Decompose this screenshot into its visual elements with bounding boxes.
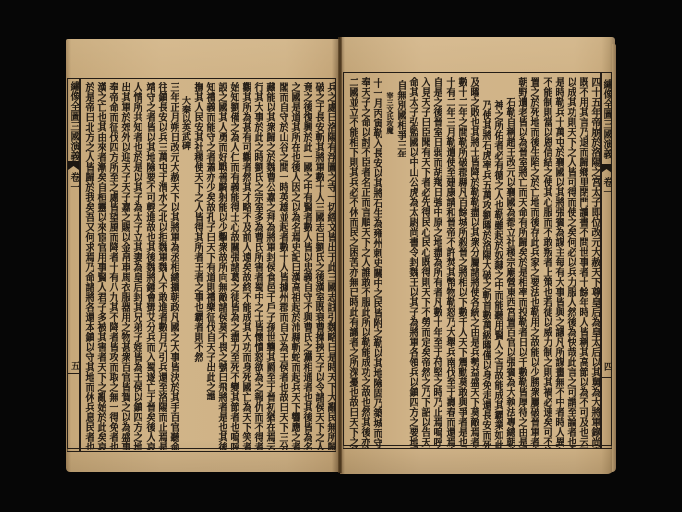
left-page: 繡像全圖三國演義 卷一 五 兵之處曰洛陽有浮圖之寺一切經文皆出于此三國志註引魏略… (66, 39, 340, 472)
text-column: 十一月丙寅勒入長安以其將石生為雍州刺史關中之民皆附之勒以其地險固乃築城而守之 (370, 78, 382, 448)
left-margin-title: 繡像全圖三國演義 (68, 81, 79, 161)
left-margin-strip-divider (79, 78, 81, 452)
text-column: 破之于長安斬其將軍數十人三國志曰劉氏之後漢室既衰曹操挾天子以令諸侯天下之人皆 (312, 82, 324, 450)
text-column: 觀其所為甚有可觀者然其才略不及前人遠矣故終不能成其大功而身死國亡為天下笑者也 (239, 82, 251, 450)
book-spine-crease (338, 37, 342, 473)
text-column: 出其軍於郊外以迎天子天子嘉之賜以金帛車馬衣服器用之物甚衆百官皆賀之以為盛事也 (118, 82, 130, 450)
text-column: 藏能以其衆歸之於魏曹公嘉之拜為將軍封侯食邑千戶子孫世襲其爵至于晉初猶在焉云 (263, 82, 275, 450)
section-heading-column: 宰三文氏攻魔 (383, 92, 395, 137)
text-column: 入見天子曰臣聞有天下者必先得民心民心既得則天下不勞而定矣帝然之乃下詔以告天下 (418, 77, 430, 448)
text-column: 於是帝曰北方之人皆歸於我矣吾又何求焉乃命諸將各還本鎮以守其地而休兵息民者也云 (82, 82, 94, 450)
right-volume-label: 卷一 (601, 177, 612, 201)
text-column: 奉天子之命以討不臣者名正而言順天下之人誰敢不服此所以勒能成功之故也然其後亦敗 (358, 77, 370, 448)
text-column: 四十五年帝崩於洛陽之宮太子即位改元大赦天下尊皇后為皇太后以其舅為大將軍錄尚書事 (588, 77, 600, 448)
text-column: 乃使其將石虎率兵五萬攻劉曜於洛陽大破之斬首數萬級曜僅以身免走還長安而死 (479, 100, 491, 448)
text-column: 設之國其人勇而好戰善騎射能以少擊衆故所向無敵諸侯莫不畏之號曰飛將者是也其後亦 (215, 82, 227, 450)
text-column: 及曜之敗也其將士皆降於勒勒盡以其衆分屬諸將使各統之由是兵勢益盛天下莫敵焉者也 (467, 77, 479, 448)
right-margin-title: 繡像全圖三國演義 (601, 79, 612, 163)
text-column: 奉帝命而征伐四方所至之處皆望風而降者十有八九其不降者皆攻而取之無一得免者也云 (106, 82, 118, 450)
text-column: 以成其功則天下之人皆可得而使之矣何必以兵力服人然後為快哉此言之可謂至論者也矣 (564, 77, 576, 448)
text-column: 知禮義而能守之者蓋亦少矣故孔子曰天下有道則禮樂征伐自天子出此之謂也 (203, 82, 215, 400)
text-column: 三年正月朔日改元大赦天下以其將軍為丞相總攝朝政凡國之大事皆決於其手百官聽命焉 (167, 82, 179, 450)
left-folio-rule (68, 373, 79, 374)
open-book: 繡像全圖三國演義 卷一 五 兵之處曰洛陽有浮圖之寺一切經文皆出于此三國志註引魏略… (0, 0, 682, 512)
text-column: 命其太子弘監國以中山公虎為太尉尚書令封魏王以其子為將軍各領兵以鎮四方之要地焉 (406, 77, 418, 448)
text-column: 撫其人民安其社稷使天下之人皆得其所者王者之事也霸者則不然 (191, 82, 203, 367)
right-page: 繡像全圖三國演義 卷一 四 四十五年帝崩於洛陽之宮太子即位改元大赦天下尊皇后為皇… (340, 37, 615, 474)
text-column: 靖守之者皆以其地險要不可輕進故也其後魏將鍾會鄧艾分兵而入蜀遂亡于晉矣後人哀之 (143, 82, 155, 450)
text-column: 神之所佑者必有德之人也勒雖起於奴隸之中而能聽用賢人之言故能成其霸業如此 (491, 100, 503, 448)
left-folio-number: 五 (68, 361, 79, 373)
text-column: 自是之後晉室日弱而胡羯日強中原之地盡為所有者凡數十年至于苻堅之時乃止焉嗚呼哀哉 (430, 77, 442, 448)
text-column: 數十二年之間勒所破郡縣凡百餘城所殺晉之將相以下數千人天下震動莫敢與爭者是也云 (455, 77, 467, 448)
right-folio-number: 四 (601, 362, 612, 374)
right-folio-rule (601, 377, 612, 378)
text-column: 二國並立不能相下則其兵必不休而民之困苦亦無已時此有識者之所深憂也故曰天下之勢 (346, 77, 358, 448)
text-column: 置之於死地而後生陷之於亡地而後存此兵家之要法也勒用之故能以少勝衆屢破晉軍者也 (527, 77, 539, 448)
text-column: 之國是道其所在也後人因之以為名焉史記曰漢高祖起於沛縣斬蛇而起兵天下響應之者也 (288, 82, 300, 450)
text-column: 既不用其言乃退而歸鄉里閉門讀書不問世事者十餘年時人皆稱其高節以為不可及也云爾 (576, 77, 588, 448)
text-column: 行其大事於此之時劉氏之宗室多為曹氏所害者蜀中之士皆懷憤怒欲為之報仇而不得者也 (251, 82, 263, 450)
text-column: 十有二年三月勒遣使至建康請和晉帝不許焚其幣物勒怒乃大舉兵南伐至于壽春而還焉也 (443, 77, 455, 448)
text-column: 閣而自守於山谷之間一時英雄並起者數十人皆據州郡而自立為王侯者也故曰天下三分 (276, 82, 288, 450)
text-column: 兵之處曰洛陽有浮圖之寺一切經文皆出于此三國志註引魏略曰是時天下大亂民無所歸者 (324, 82, 336, 450)
text-column: 人情所共知者也於是以其子為太子立其妻為皇后封其兄弟子姪皆為王侯以鎮四方之地焉 (130, 82, 142, 450)
text-column: 始知劉備之為人仁而有義能得士心故關張諸葛之徒皆為之盡力至死不變其節者也嗚呼賢哉 (227, 82, 239, 450)
text-column: 往鎮長安以兵三萬屯于渭水之北以拒魏軍魏人不敢進者數月乃引兵還至洛陽而止焉是歲 (155, 82, 167, 450)
text-column: 朝野遺老皆以為晉室將亡而天命有所歸矣於是相率而投勒者日以千數勒皆厚待之由是焉 (515, 77, 527, 448)
text-column: 不能制則當以恩信結之使其心服而不敢叛者上策也若徒以威力制之則其禍必速矣可不慎哉 (540, 77, 552, 448)
section-heading-column: 石勒自稱趙王改元以襄國為都立社稷宗廟營東西宮置百官以張賓為大執法專總朝政 (503, 97, 515, 448)
left-volume-label: 卷一 (68, 172, 79, 196)
page-stack-edge (612, 44, 616, 472)
text-column: 是時勒兵十萬屯於襄國以其將張賓為謀主每有大事皆與之議凡所謀畫無不中者時人異之 (552, 77, 564, 448)
text-column: 自無別國相爭三年 (394, 80, 406, 157)
text-column: 漢之亡也其由來者漸矣自桓靈以來宦官用事賢人君子多被其害者天下之亂始於此矣哀哉 (94, 82, 106, 450)
text-column: 竟之後復興於此一國之中有賢者數人皆以忠義自守不與曹氏之黨相通者也其後皆為名臣 (300, 82, 312, 450)
section-heading-column: 大秦以英武碑 (179, 96, 191, 152)
